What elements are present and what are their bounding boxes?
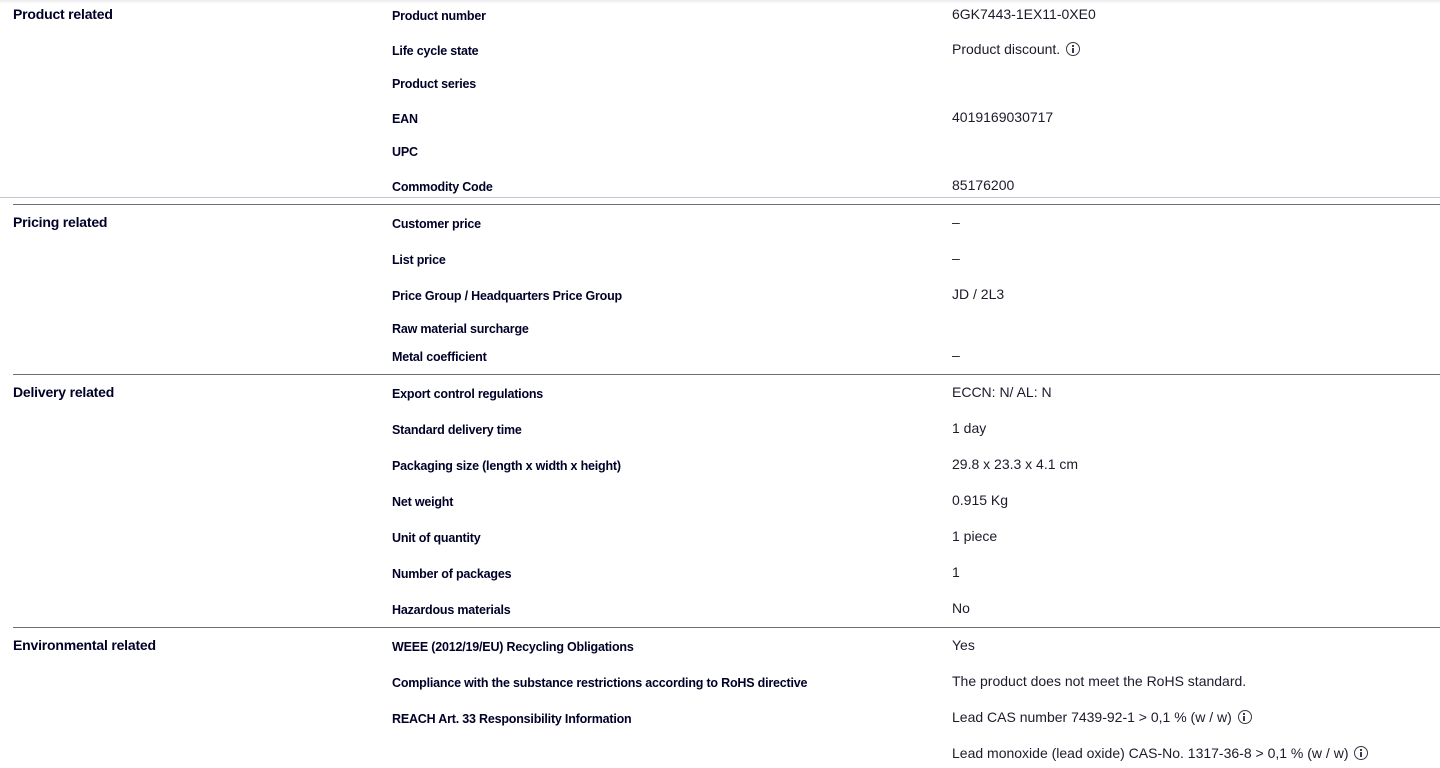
row-label: Net weight [392,495,453,509]
section-divider [13,627,1440,628]
table-row: EAN 4019169030717 [0,109,1440,129]
row-value: 6GK7443-1EX11-0XE0 [952,6,1096,22]
row-label: List price [392,253,446,267]
row-label: Number of packages [392,567,511,581]
row-label: Product number [392,9,486,23]
info-icon[interactable] [1354,746,1368,760]
row-label: Product series [392,77,476,91]
table-row: Life cycle state Product discount. [0,41,1440,61]
section-divider [13,204,1440,205]
row-label: Export control regulations [392,387,543,401]
table-row: REACH Art. 33 Responsibility Information… [0,709,1440,729]
table-row: Product number 6GK7443-1EX11-0XE0 [0,6,1440,26]
row-label: Unit of quantity [392,531,480,545]
row-value: 1 day [952,420,986,436]
table-row: Compliance with the substance restrictio… [0,673,1440,693]
row-value-wrap: Lead CAS number 7439-92-1 > 0,1 % (w / w… [952,709,1252,725]
row-value: 4019169030717 [952,109,1053,125]
row-label: REACH Art. 33 Responsibility Information [392,712,631,726]
table-row: Customer price – [0,214,1440,234]
table-row: Metal coefficient – [0,347,1440,367]
row-label: EAN [392,112,418,126]
row-value: 29.8 x 23.3 x 4.1 cm [952,456,1078,472]
table-row: WEEE (2012/19/EU) Recycling Obligations … [0,637,1440,657]
row-label: Compliance with the substance restrictio… [392,676,807,690]
table-row: Export control regulations ECCN: N/ AL: … [0,384,1440,404]
info-icon[interactable] [1066,42,1080,56]
table-row: Hazardous materials No [0,600,1440,620]
row-label: WEEE (2012/19/EU) Recycling Obligations [392,640,634,654]
row-value-wrap: Lead monoxide (lead oxide) CAS-No. 1317-… [952,745,1368,761]
row-label: Price Group / Headquarters Price Group [392,289,622,303]
table-row: Standard delivery time 1 day [0,420,1440,440]
row-label: Raw material surcharge [392,322,529,336]
row-value: – [952,250,960,266]
table-row: Packaging size (length x width x height)… [0,456,1440,476]
table-row: Commodity Code 85176200 [0,177,1440,197]
row-value: Lead monoxide (lead oxide) CAS-No. 1317-… [952,745,1348,761]
row-label: UPC [392,145,418,159]
row-value-wrap: Product discount. [952,41,1080,57]
row-value: 0.915 Kg [952,492,1008,508]
section-divider [13,374,1440,375]
row-label: Commodity Code [392,180,493,194]
table-row: Raw material surcharge [0,319,1440,339]
table-row: UPC [0,142,1440,162]
table-row: Product series [0,74,1440,94]
row-value: No [952,600,970,616]
row-label: Packaging size (length x width x height) [392,459,621,473]
row-value: – [952,214,960,230]
divider [0,197,1440,198]
info-icon[interactable] [1238,710,1252,724]
row-value: Product discount. [952,41,1060,57]
row-value: ECCN: N/ AL: N [952,384,1052,400]
row-value: 1 [952,564,960,580]
table-row: Price Group / Headquarters Price Group J… [0,286,1440,306]
row-value: JD / 2L3 [952,286,1004,302]
table-row: Net weight 0.915 Kg [0,492,1440,512]
row-value: – [952,347,960,363]
row-label: Metal coefficient [392,350,487,364]
table-row: Unit of quantity 1 piece [0,528,1440,548]
row-label: Hazardous materials [392,603,510,617]
table-row: Lead monoxide (lead oxide) CAS-No. 1317-… [0,745,1440,765]
top-shadow [0,0,1440,4]
table-row: List price – [0,250,1440,270]
row-label: Customer price [392,217,481,231]
row-label: Standard delivery time [392,423,522,437]
row-value: Yes [952,637,975,653]
row-value: Lead CAS number 7439-92-1 > 0,1 % (w / w… [952,709,1232,725]
row-value: 85176200 [952,177,1014,193]
table-row: Number of packages 1 [0,564,1440,584]
row-value: 1 piece [952,528,997,544]
row-label: Life cycle state [392,44,478,58]
row-value: The product does not meet the RoHS stand… [952,673,1246,689]
